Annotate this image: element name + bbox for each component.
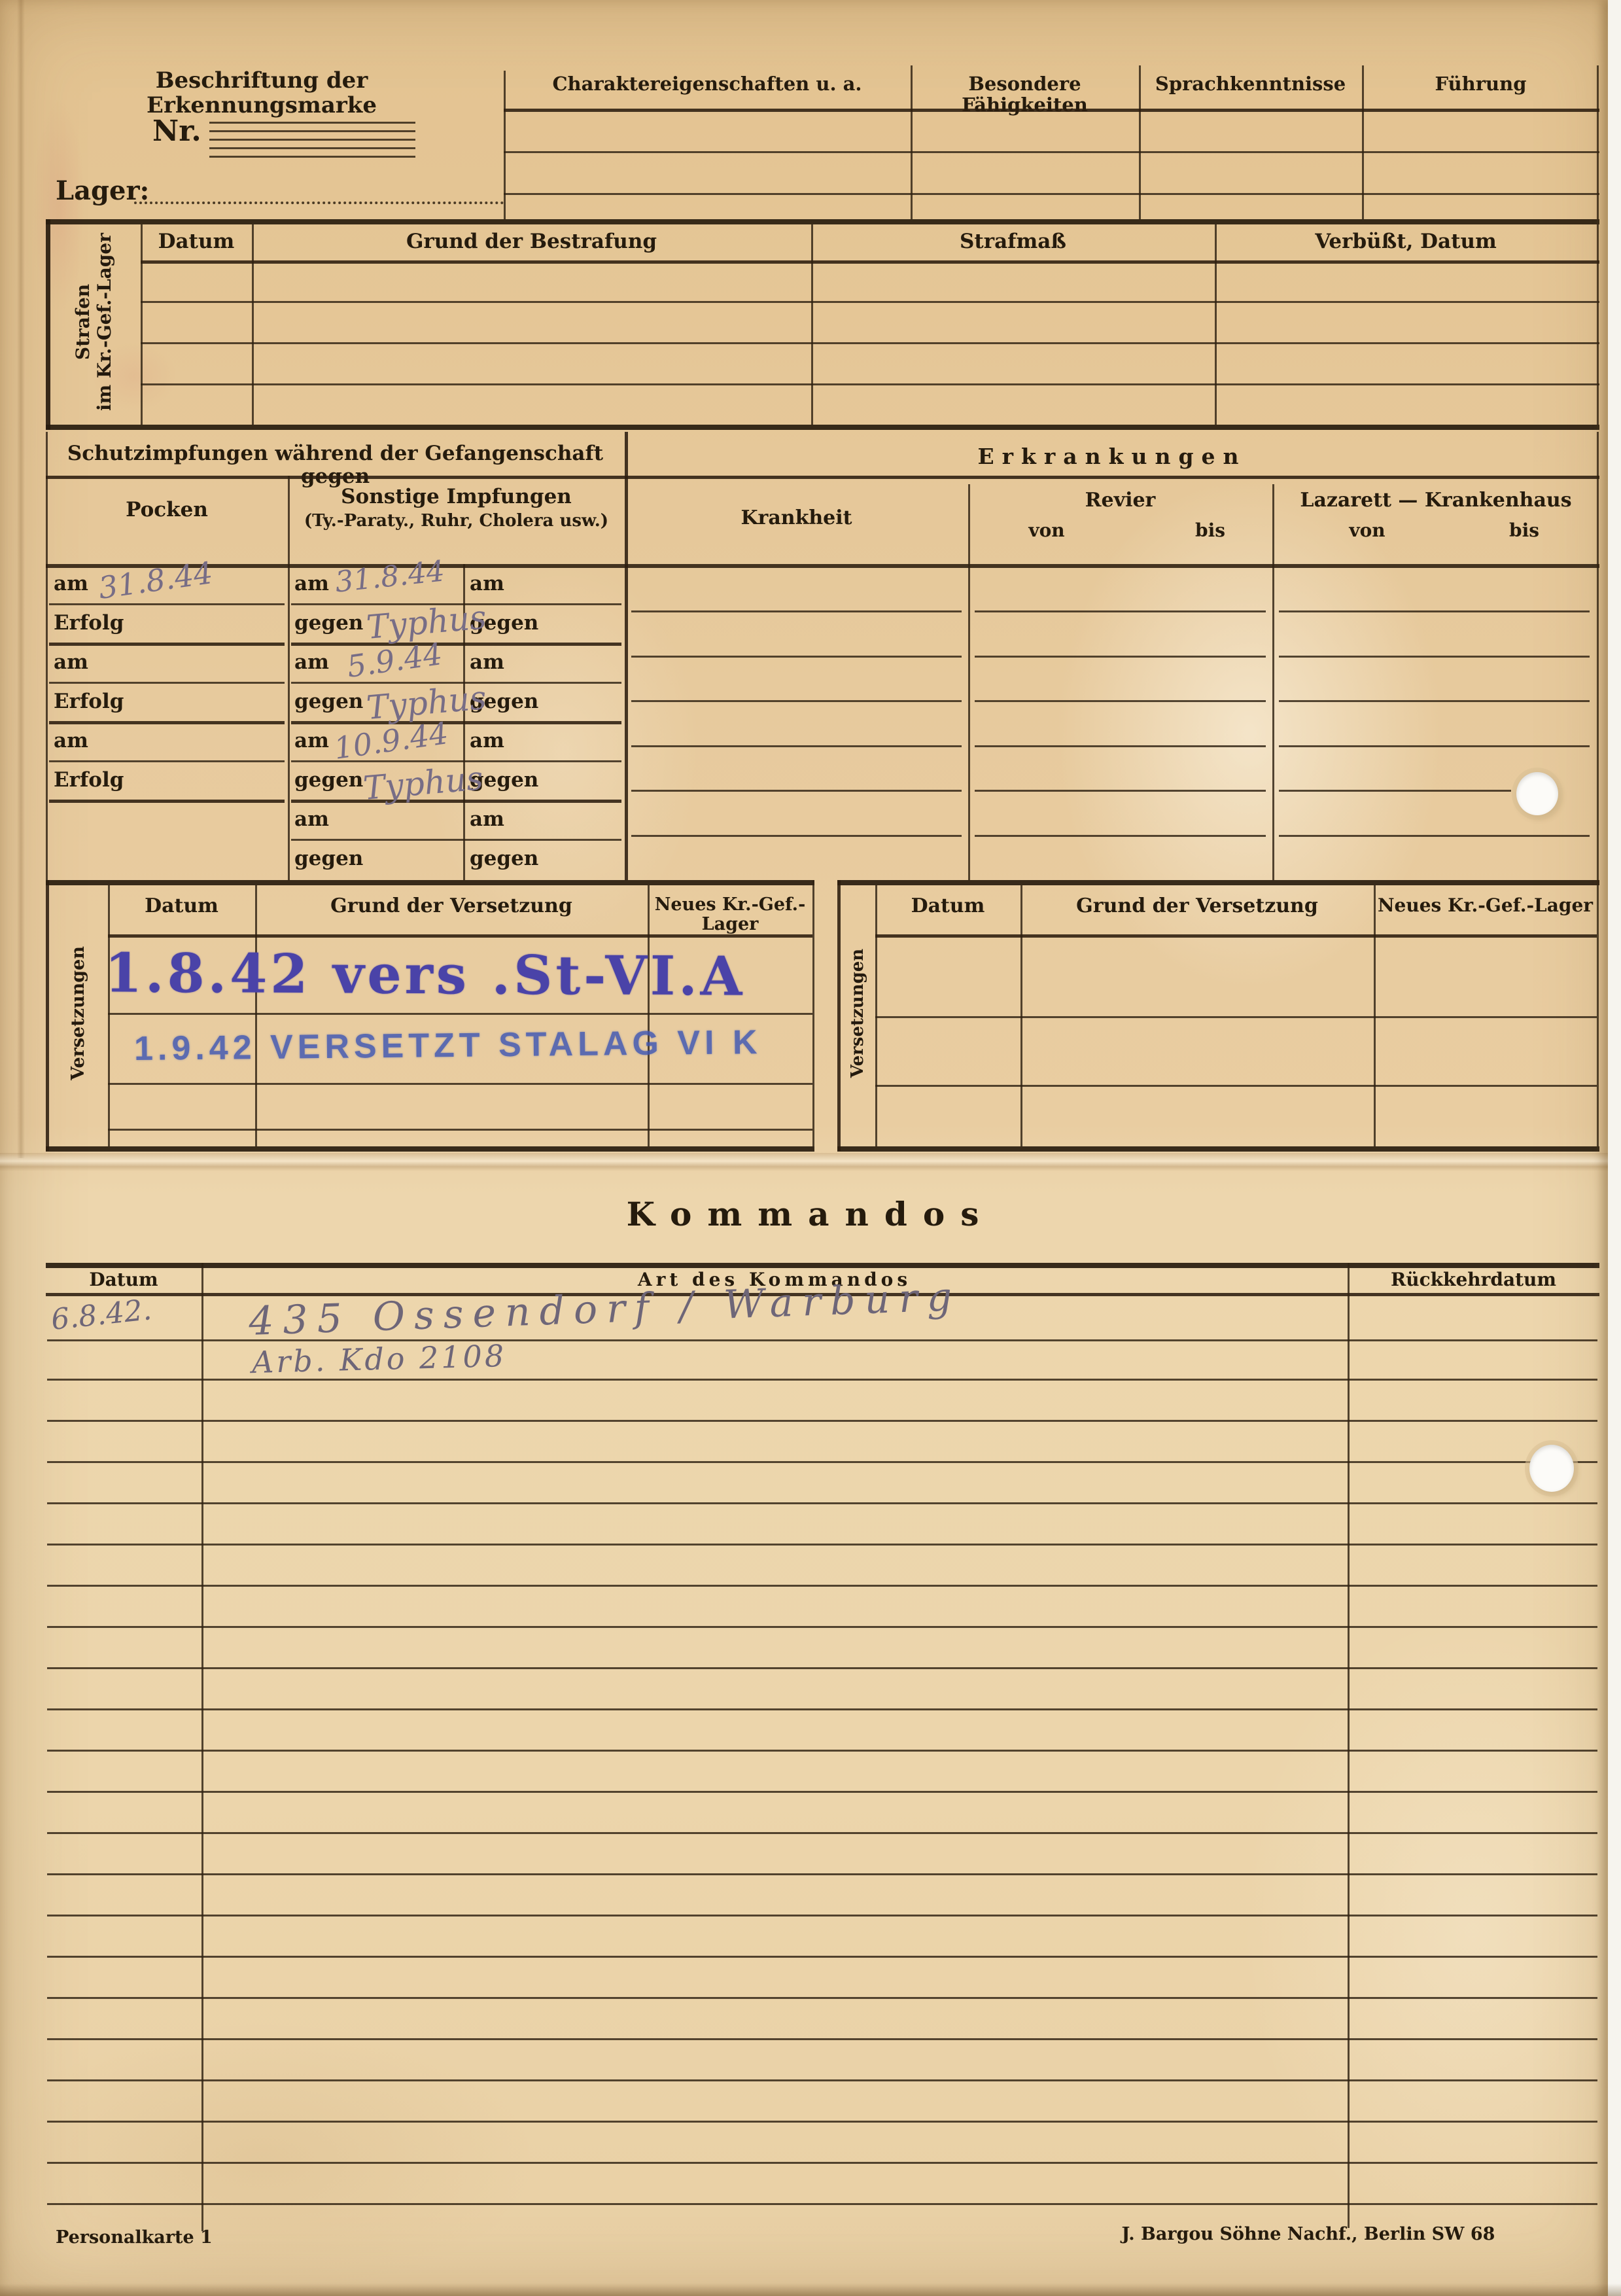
kommando-entry-workdetail: Arb. Kdo 2108 — [251, 1338, 506, 1380]
rule — [47, 2079, 1597, 2081]
rule — [49, 603, 285, 605]
tag-inscription-label: Beschriftung der Erkennungsmarke — [65, 68, 458, 118]
illnesses-title: Erkrankungen — [625, 445, 1599, 469]
handwritten-smallpox-date: 31.8.44 — [96, 555, 215, 606]
rule — [47, 1502, 1597, 1504]
section-border — [46, 1263, 1599, 1268]
section-border — [46, 880, 814, 885]
kommandos-col-return: Rückkehrdatum — [1348, 1269, 1599, 1290]
vaccinations-col-other-line2: (Ty.-Paraty., Ruhr, Cholera usw.) — [288, 512, 625, 531]
divider — [911, 65, 913, 219]
scan-paper-edge — [1608, 0, 1621, 2296]
rule — [975, 700, 1266, 702]
section-border — [46, 1146, 814, 1152]
rule — [49, 721, 285, 724]
rule — [47, 1626, 1597, 1628]
rule — [108, 934, 812, 938]
vacc-row-label: Erfolg — [54, 690, 152, 713]
vacc-row-label: am — [470, 573, 535, 595]
illnesses-hospital-from: von — [1328, 520, 1406, 540]
illnesses-col-disease: Krankheit — [631, 507, 962, 529]
punishments-side-label-line2: im Kr.-Gef.-Lager — [94, 233, 115, 411]
scan-bottom-shadow — [0, 2284, 1621, 2296]
divider — [201, 1263, 203, 2231]
divider — [1597, 224, 1599, 425]
illnesses-col-hospital: Lazarett — Krankenhaus — [1279, 489, 1593, 512]
section-border — [1597, 432, 1599, 880]
section-border — [46, 425, 1599, 430]
divider — [1215, 224, 1217, 425]
rule — [875, 1016, 1597, 1018]
divider — [1348, 1263, 1350, 2228]
transfers-left-side-label: Versetzungen — [48, 880, 108, 1146]
rule — [47, 1997, 1597, 1999]
rule — [291, 800, 621, 803]
rule — [47, 1708, 1597, 1710]
vacc-row-label: am — [294, 808, 360, 831]
vacc-row-label: gegen — [294, 847, 379, 870]
rule — [47, 1791, 1597, 1793]
illnesses-col-sickbay: Revier — [975, 489, 1266, 512]
rule — [875, 934, 1597, 938]
rule — [108, 1013, 812, 1015]
rule — [47, 2162, 1597, 2164]
divider — [1272, 484, 1274, 880]
transfers-side-label-text: Versetzungen — [848, 949, 867, 1078]
divider — [1362, 65, 1364, 219]
divider — [504, 71, 506, 219]
section-border — [46, 219, 1599, 224]
rule — [631, 656, 962, 658]
rule — [49, 682, 285, 684]
rule — [1279, 610, 1590, 612]
section-border — [46, 432, 48, 880]
rule — [209, 156, 415, 158]
tag-number-label: Nr. — [152, 115, 211, 147]
divider — [812, 880, 814, 1146]
rule — [49, 800, 285, 803]
vaccinations-col-smallpox: Pocken — [52, 499, 281, 521]
rule — [975, 835, 1266, 837]
rule — [209, 122, 415, 124]
rule — [631, 835, 962, 837]
rule — [631, 745, 962, 747]
divider — [811, 224, 813, 425]
kommando-entry-date: 6.8.42. — [50, 1293, 153, 1337]
rule — [141, 342, 1599, 344]
rule — [49, 643, 285, 646]
rule — [46, 476, 1599, 479]
rule — [47, 1420, 1597, 1422]
rule — [47, 1832, 1597, 1834]
vacc-row-label: am — [470, 730, 535, 752]
center-fold-crease — [0, 1153, 1621, 1171]
punishments-col-sentence: Strafmaß — [811, 230, 1215, 253]
rule — [1279, 790, 1511, 792]
illnesses-sickbay-to: bis — [1171, 520, 1249, 540]
rule — [47, 2203, 1597, 2205]
transfers-right-side-label: Versetzungen — [840, 880, 875, 1146]
vaccinations-col-other-line1: Sonstige Impfungen — [288, 486, 625, 508]
divider — [252, 224, 254, 425]
rule — [631, 700, 962, 702]
rule — [291, 721, 621, 724]
rule — [46, 564, 1599, 568]
rule — [47, 2038, 1597, 2040]
rule — [631, 790, 962, 792]
transfers-left-col-newcamp: Neues Kr.-Gef.-Lager — [648, 895, 812, 934]
punishments-col-date: Datum — [141, 230, 252, 253]
illnesses-hospital-to: bis — [1485, 520, 1563, 540]
rule — [975, 656, 1266, 658]
punishments-col-served: Verbüßt, Datum — [1215, 230, 1597, 253]
rule — [1279, 656, 1590, 658]
divider — [288, 476, 290, 880]
punch-hole — [1516, 772, 1558, 815]
left-fold-crease — [17, 0, 25, 1158]
transfer-stamp-1842: 1.8.42 vers .St-VI.A — [105, 942, 746, 1008]
vacc-row-label: Erfolg — [54, 612, 152, 635]
rule — [504, 193, 1599, 195]
vacc-row-label: am — [470, 808, 535, 831]
punishments-side-label: Strafen im Kr.-Gef.-Lager — [46, 219, 141, 425]
vacc-row-label: am — [54, 730, 119, 752]
camp-entry-line — [134, 175, 504, 204]
punch-hole — [1529, 1445, 1574, 1492]
divider — [255, 885, 257, 1146]
transfers-side-label-text: Versetzungen — [68, 946, 88, 1080]
rule — [141, 301, 1599, 303]
rule — [108, 1083, 812, 1085]
vaccinations-title: Schutzimpfungen während der Gefangenscha… — [46, 442, 625, 487]
transfers-left-col-reason: Grund der Versetzung — [255, 895, 648, 917]
transfers-left-col-date: Datum — [108, 895, 255, 917]
divider — [625, 432, 628, 880]
vacc-row-label: am — [54, 651, 119, 674]
rule — [47, 1544, 1597, 1545]
rule — [291, 643, 621, 646]
section-border — [837, 1146, 1599, 1152]
rule — [975, 745, 1266, 747]
divider — [1139, 65, 1141, 219]
rule — [1279, 700, 1590, 702]
rule — [504, 109, 1599, 112]
rule — [108, 1129, 812, 1131]
column-header-character: Charaktereigenschaften u. a. — [507, 73, 907, 94]
rule — [47, 2121, 1597, 2123]
section-border — [837, 880, 1599, 885]
rule — [47, 1667, 1597, 1669]
divider — [141, 224, 143, 425]
transfers-right-col-reason: Grund der Versetzung — [1020, 895, 1374, 917]
rule — [49, 760, 285, 762]
divider — [968, 484, 970, 880]
printer-imprint-footer: J. Bargou Söhne Nachf., Berlin SW 68 — [1086, 2225, 1531, 2244]
form-name-footer: Personalkarte 1 — [56, 2228, 317, 2248]
rule — [504, 151, 1599, 153]
divider — [1597, 65, 1599, 219]
transfers-right-col-newcamp: Neues Kr.-Gef.-Lager — [1374, 895, 1597, 915]
vacc-row-label: gegen — [470, 847, 555, 870]
rule — [291, 839, 621, 841]
column-header-languages: Sprachkenntnisse — [1142, 73, 1359, 94]
rule — [209, 139, 415, 141]
rule — [47, 1461, 1597, 1463]
rule — [47, 1585, 1597, 1587]
transfer-stamp-1942: 1.9.42 VERSETZT STALAG VI K — [134, 1023, 762, 1069]
vacc-row-label: Erfolg — [54, 769, 152, 792]
rule — [975, 790, 1266, 792]
rule — [47, 1956, 1597, 1958]
column-header-conduct: Führung — [1365, 73, 1596, 94]
rule — [1279, 745, 1590, 747]
personalkarte-back-scan: Beschriftung der Erkennungsmarke Nr. Lag… — [0, 0, 1621, 2296]
rule — [141, 260, 1599, 264]
handwritten-other-date-1: 31.8.44 — [334, 554, 446, 599]
rule — [47, 1915, 1597, 1916]
rule — [975, 610, 1266, 612]
kommandos-title: Kommandos — [0, 1196, 1621, 1233]
rule — [631, 610, 962, 612]
transfers-right-col-date: Datum — [875, 895, 1020, 917]
illnesses-sickbay-from: von — [1007, 520, 1086, 540]
divider — [108, 885, 110, 1146]
vacc-row-label: am — [470, 651, 535, 674]
punishments-side-label-line1: Strafen — [72, 284, 94, 360]
divider — [1597, 880, 1599, 1146]
rule — [1279, 835, 1590, 837]
rule — [875, 1085, 1597, 1087]
rule — [47, 1750, 1597, 1752]
rule — [47, 1873, 1597, 1875]
rule — [141, 383, 1599, 385]
rule — [209, 147, 415, 149]
rule — [209, 130, 415, 132]
punishments-col-reason: Grund der Bestrafung — [252, 230, 811, 253]
kommandos-col-date: Datum — [46, 1269, 201, 1290]
